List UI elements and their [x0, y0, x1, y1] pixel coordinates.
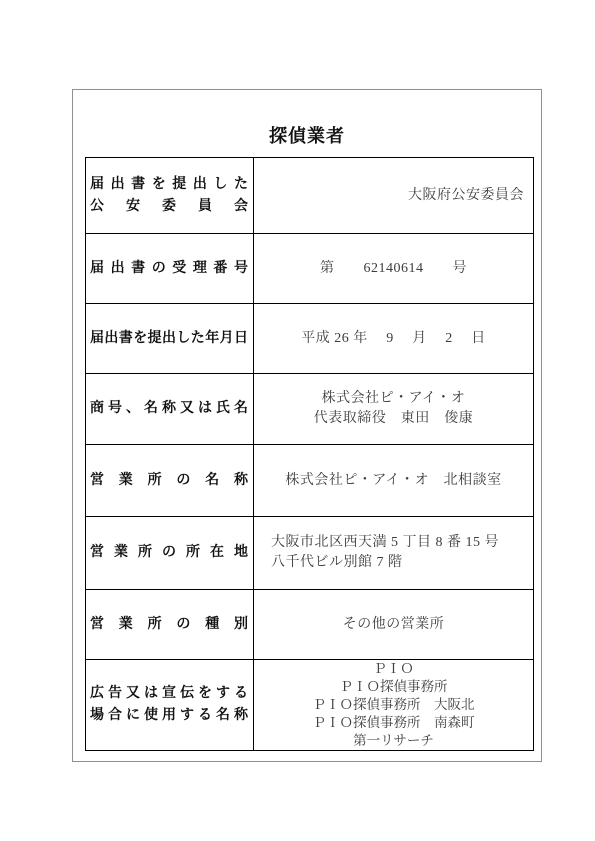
row-value: 平成 26 年 9 月 2 日: [254, 304, 534, 374]
table-row: 商号、名称又は氏名 株式会社ピ・アイ・オ 代表取締役 東田 俊康: [86, 374, 534, 445]
row-value: ＰＩＯ ＰＩＯ探偵事務所 ＰＩＯ探偵事務所 大阪北 ＰＩＯ探偵事務所 南森町 第…: [254, 660, 534, 751]
row-value: 第 62140614 号: [254, 234, 534, 304]
row-value: 大阪府公安委員会: [254, 158, 534, 234]
table-row: 届出書を提出した年月日 平成 26 年 9 月 2 日: [86, 304, 534, 374]
document-canvas: 探偵業者 届出書を提出した 公安委員会 大阪府公安委員会 届出書の受理番号 第 …: [0, 0, 595, 841]
row-label: 営業所の名称: [86, 445, 254, 517]
row-value: 株式会社ピ・アイ・オ 代表取締役 東田 俊康: [254, 374, 534, 445]
page-title: 探偵業者: [73, 125, 541, 147]
table-row: 営業所の名称 株式会社ピ・アイ・オ 北相談室: [86, 445, 534, 517]
row-label: 営業所の所在地: [86, 517, 254, 590]
table-row: 広告又は宣伝をする 場合に使用する名称 ＰＩＯ ＰＩＯ探偵事務所 ＰＩＯ探偵事務…: [86, 660, 534, 751]
row-label: 届出書を提出した 公安委員会: [86, 158, 254, 234]
row-label: 広告又は宣伝をする 場合に使用する名称: [86, 660, 254, 751]
registration-table: 届出書を提出した 公安委員会 大阪府公安委員会 届出書の受理番号 第 62140…: [85, 157, 534, 751]
row-label: 届出書を提出した年月日: [86, 304, 254, 374]
table-row: 届出書の受理番号 第 62140614 号: [86, 234, 534, 304]
table-row: 届出書を提出した 公安委員会 大阪府公安委員会: [86, 158, 534, 234]
row-value: 株式会社ピ・アイ・オ 北相談室: [254, 445, 534, 517]
row-label: 届出書の受理番号: [86, 234, 254, 304]
table-row: 営業所の種別 その他の営業所: [86, 590, 534, 660]
row-label: 商号、名称又は氏名: [86, 374, 254, 445]
row-value: その他の営業所: [254, 590, 534, 660]
document-page: 探偵業者 届出書を提出した 公安委員会 大阪府公安委員会 届出書の受理番号 第 …: [72, 89, 542, 762]
row-label: 営業所の種別: [86, 590, 254, 660]
table-row: 営業所の所在地 大阪市北区西天満 5 丁目 8 番 15 号 八千代ビル別館 7…: [86, 517, 534, 590]
row-value: 大阪市北区西天満 5 丁目 8 番 15 号 八千代ビル別館 7 階: [254, 517, 534, 590]
